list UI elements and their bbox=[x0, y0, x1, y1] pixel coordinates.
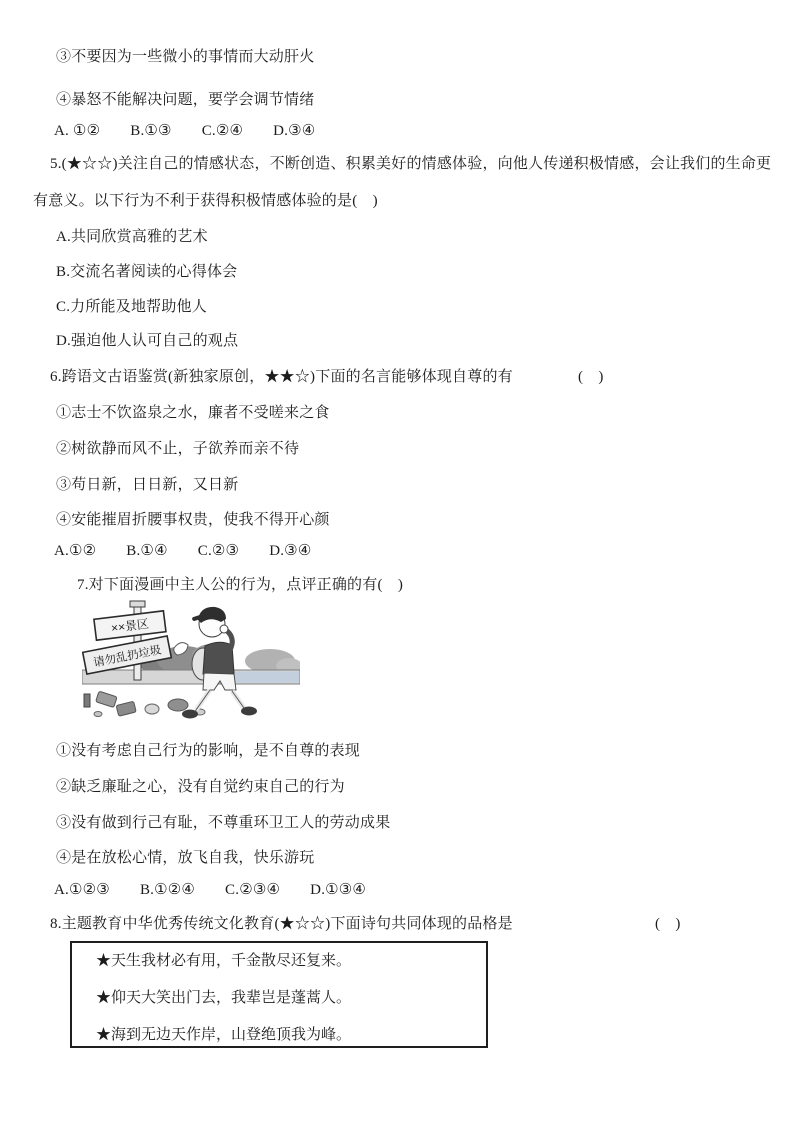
q8-poem-box: ★天生我材必有用，千金散尽还复来。 ★仰天大笑出门去，我辈岂是蓬蒿人。 ★海到无… bbox=[70, 941, 488, 1048]
q5-option-c: C.力所能及地帮助他人 bbox=[56, 298, 207, 316]
trash-bottle bbox=[84, 694, 90, 707]
q5-option-d: D.强迫他人认可自己的观点 bbox=[56, 332, 238, 350]
q5-stem-line2: 有意义。以下行为不利于获得积极情感体验的是( ) bbox=[33, 192, 378, 210]
q6-options-row: A.①② B.①④ C.②③ D.③④ bbox=[54, 542, 311, 560]
q7-option-b: B.①②④ bbox=[140, 881, 195, 899]
trash-paper bbox=[145, 704, 159, 714]
trash-scrap bbox=[94, 712, 102, 717]
q7-option-d: D.①③④ bbox=[310, 881, 366, 899]
q6-answer-bracket: ( ) bbox=[578, 368, 604, 386]
q6-statement-3: ③苟日新，日日新，又日新 bbox=[56, 476, 238, 494]
back-leg-outline bbox=[196, 690, 210, 710]
q5-option-a: A.共同欣赏高雅的艺术 bbox=[56, 228, 208, 246]
q6-statement-1: ①志士不饮盗泉之水，廉者不受嗟来之食 bbox=[56, 404, 330, 422]
q4-statement-3: ③不要因为一些微小的事情而大动肝火 bbox=[56, 48, 314, 66]
q4-statement-4: ④暴怒不能解决问题，要学会调节情绪 bbox=[56, 91, 314, 109]
q7-options-row: A.①②③ B.①②④ C.②③④ D.①③④ bbox=[54, 881, 366, 899]
q4-option-b: B.①③ bbox=[130, 122, 171, 140]
q7-option-a: A.①②③ bbox=[54, 881, 110, 899]
shorts bbox=[203, 673, 236, 690]
hand bbox=[220, 625, 228, 633]
q6-option-d: D.③④ bbox=[269, 542, 311, 560]
q4-options-row: A. ①② B.①③ C.②④ D.③④ bbox=[54, 122, 315, 140]
q6-option-a: A.①② bbox=[54, 542, 96, 560]
q8-poem-2: ★仰天大笑出门去，我辈岂是蓬蒿人。 bbox=[96, 989, 351, 1007]
shoe bbox=[182, 710, 198, 719]
q7-statement-4: ④是在放松心情，放飞自我，快乐游玩 bbox=[56, 849, 314, 867]
litter-cartoon-image: ××景区 请勿乱扔垃圾 bbox=[82, 598, 300, 738]
q8-poem-1: ★天生我材必有用，千金散尽还复来。 bbox=[96, 952, 351, 970]
q6-statement-4: ④安能摧眉折腰事权贵，使我不得开心颜 bbox=[56, 511, 330, 529]
q6-option-c: C.②③ bbox=[198, 542, 239, 560]
q7-stem: 7.对下面漫画中主人公的行为，点评正确的有( ) bbox=[77, 576, 403, 594]
q7-statement-3: ③没有做到行己有耻，不尊重环卫工人的劳动成果 bbox=[56, 814, 390, 832]
q6-stem: 6.跨语文古语鉴赏(新独家原创，★★☆)下面的名言能够体现自尊的有 bbox=[50, 368, 513, 386]
sky-patch bbox=[234, 672, 299, 683]
q4-option-d: D.③④ bbox=[273, 122, 315, 140]
q5-stem-line1: 5.(★☆☆)关注自己的情感状态，不断创造、积累美好的情感体验，向他人传递积极情… bbox=[50, 155, 771, 173]
trash-wrapper bbox=[168, 699, 188, 711]
q8-poem-3: ★海到无边天作岸，山登绝顶我为峰。 bbox=[96, 1026, 351, 1044]
q7-statement-2: ②缺乏廉耻之心，没有自觉约束自己的行为 bbox=[56, 778, 345, 796]
q8-stem: 8.主题教育中华优秀传统文化教育(★☆☆)下面诗句共同体现的品格是 bbox=[50, 915, 513, 933]
q4-option-a: A. ①② bbox=[54, 122, 100, 140]
front-leg-outline bbox=[232, 691, 244, 708]
shoe bbox=[241, 707, 257, 716]
trash-can bbox=[96, 691, 117, 707]
q6-option-b: B.①④ bbox=[126, 542, 167, 560]
q8-answer-bracket: ( ) bbox=[655, 915, 681, 933]
exam-page: ③不要因为一些微小的事情而大动肝火 ④暴怒不能解决问题，要学会调节情绪 A. ①… bbox=[0, 0, 793, 1122]
q6-statement-2: ②树欲静而风不止，子欲养而亲不待 bbox=[56, 440, 299, 458]
q4-option-c: C.②④ bbox=[202, 122, 243, 140]
scenic-area-sign: ××景区 bbox=[94, 611, 166, 640]
q5-option-b: B.交流名著阅读的心得体会 bbox=[56, 263, 237, 281]
trash-can bbox=[116, 701, 136, 716]
q7-option-c: C.②③④ bbox=[225, 881, 280, 899]
sign-post-cap bbox=[130, 601, 145, 607]
q7-statement-1: ①没有考虑自己行为的影响，是不自尊的表现 bbox=[56, 742, 360, 760]
